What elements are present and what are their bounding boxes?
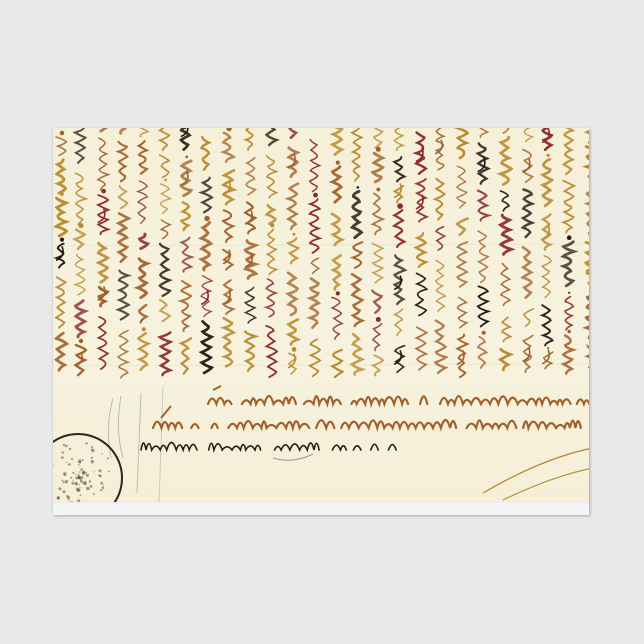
manuscript-print [53, 128, 589, 502]
card-bottom-edge [53, 502, 589, 515]
handwriting-artwork [53, 128, 589, 502]
product-card: Firenze a di ... Novembre 1850 Reg. alle… [53, 128, 589, 514]
